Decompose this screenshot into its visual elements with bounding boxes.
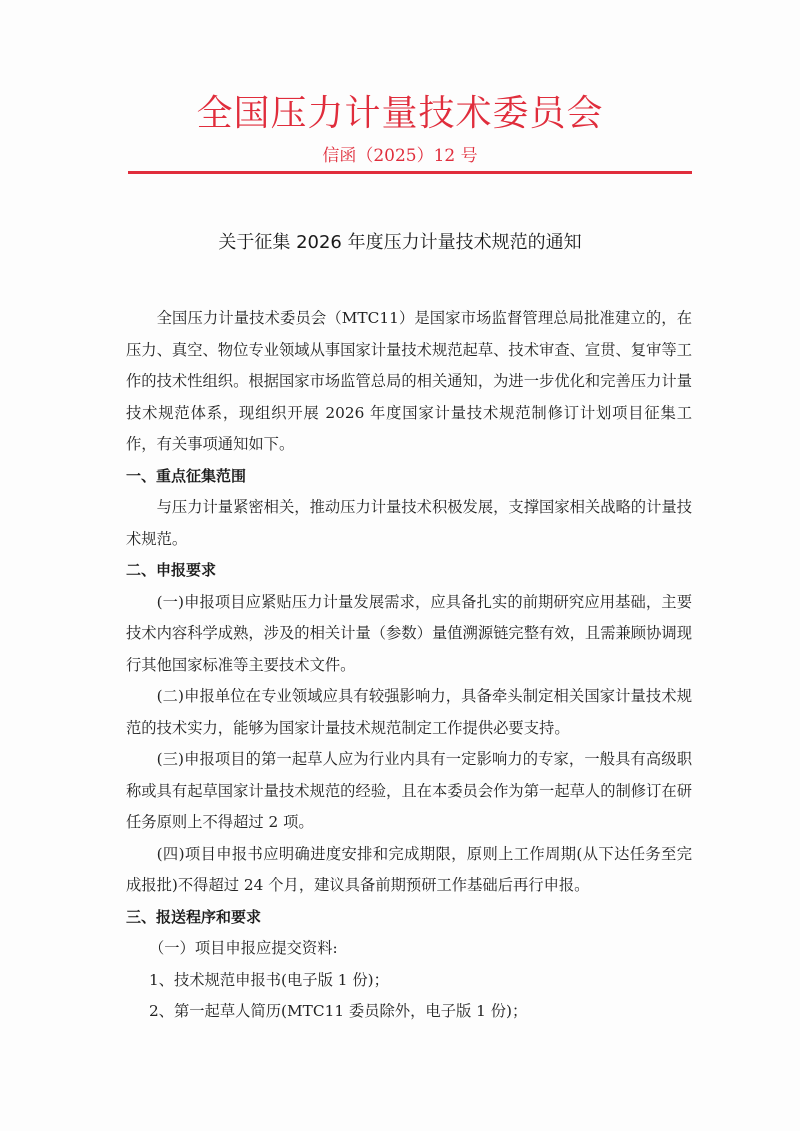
section-heading-3: 三、报送程序和要求 bbox=[126, 902, 692, 934]
red-header-rule bbox=[128, 171, 692, 174]
document-number: 信函（2025）12 号 bbox=[0, 145, 800, 167]
section-2-paragraph-2: (二)申报单位在专业领域应具有较强影响力，具备牵头制定相关国家计量技术规范的技术… bbox=[126, 681, 692, 744]
section-3-item-1: 1、技术规范申报书(电子版 1 份)； bbox=[126, 965, 692, 997]
section-2-paragraph-3: (三)申报项目的第一起草人应为行业内具有一定影响力的专家，一般具有高级职称或具有… bbox=[126, 744, 692, 839]
notice-body: 全国压力计量技术委员会（MTC11）是国家市场监督管理总局批准建立的，在压力、真… bbox=[126, 303, 692, 1028]
document-page: 全国压力计量技术委员会 信函（2025）12 号 关于征集 2026 年度压力计… bbox=[0, 0, 800, 1131]
section-heading-2: 二、申报要求 bbox=[126, 555, 692, 587]
section-1-paragraph: 与压力计量紧密相关，推动压力计量技术积极发展，支撑国家相关战略的计量技术规范。 bbox=[126, 492, 692, 555]
organization-title: 全国压力计量技术委员会 bbox=[0, 92, 800, 136]
section-2-paragraph-1: (一)申报项目应紧贴压力计量发展需求，应具备扎实的前期研究应用基础，主要技术内容… bbox=[126, 587, 692, 682]
section-heading-1: 一、重点征集范围 bbox=[126, 461, 692, 493]
section-3-item-2: 2、第一起草人简历(MTC11 委员除外，电子版 1 份)； bbox=[126, 996, 692, 1028]
section-2-paragraph-4: (四)项目申报书应明确进度安排和完成期限，原则上工作周期(从下达任务至完成报批)… bbox=[126, 839, 692, 902]
section-3-subheading: （一）项目申报应提交资料: bbox=[126, 933, 692, 965]
intro-paragraph: 全国压力计量技术委员会（MTC11）是国家市场监督管理总局批准建立的，在压力、真… bbox=[126, 303, 692, 461]
notice-title: 关于征集 2026 年度压力计量技术规范的通知 bbox=[0, 230, 800, 256]
